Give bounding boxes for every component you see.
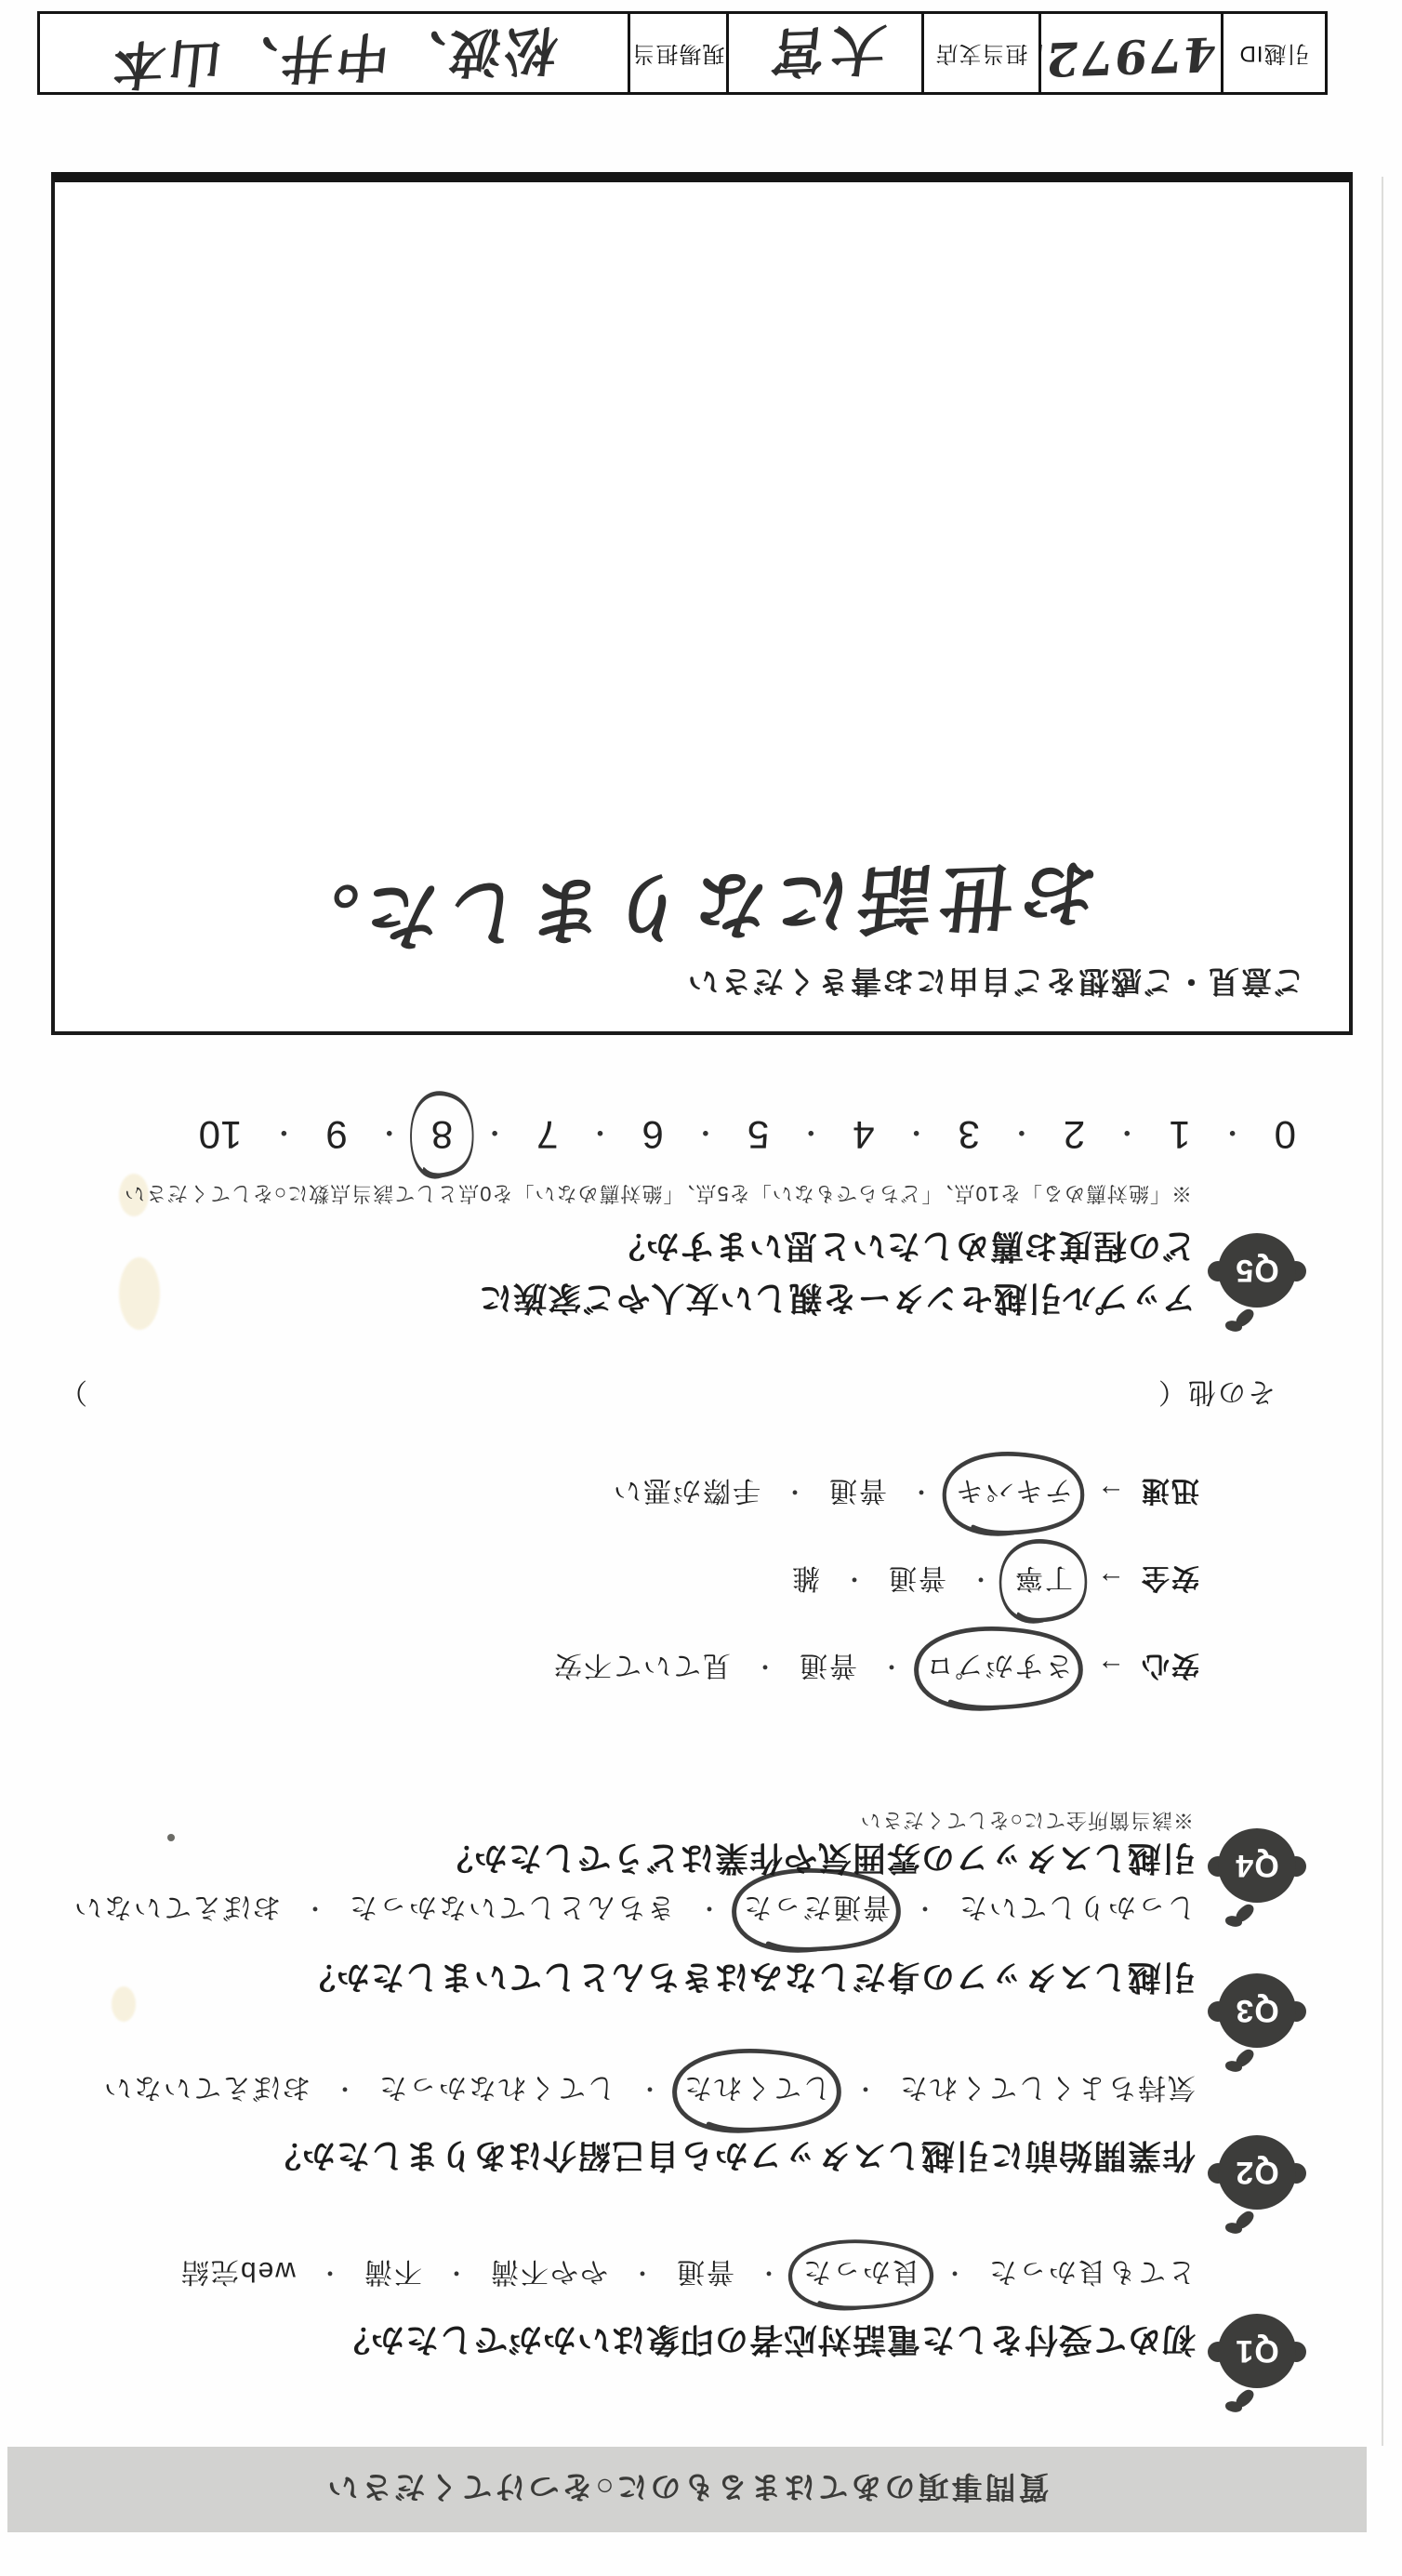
q4-option-circled: テキパキ	[946, 1471, 1080, 1516]
arrow-right-icon: →	[1080, 1478, 1140, 1509]
score-9: 9	[312, 1110, 360, 1159]
q4-other-label: その他	[1186, 1374, 1276, 1415]
q3-option: きちんとしていなかった	[340, 1888, 682, 1932]
q3-options: しっかりしていた ・ 普通だった ・ きちんとしていなかった ・ おぼえていない	[65, 1888, 1203, 1932]
q3-selected-answer: 普通だった	[742, 1892, 891, 1922]
option-separator: ・	[288, 1893, 340, 1928]
option-separator: ・	[768, 1477, 820, 1511]
option-separator: ・	[682, 1893, 734, 1928]
q2-badge: Q2	[1212, 2122, 1302, 2221]
q5-title-line2: どの程度お薦めしたいと思いますか？	[611, 1225, 1196, 1272]
q5-selected-score: 8	[431, 1113, 453, 1157]
q4-title: 引越しスタッフの雰囲気や作業はどうでしたか？	[439, 1837, 1196, 1884]
arrow-right-icon: →	[1080, 1565, 1140, 1597]
footer-id-table: 引越ID 2479725 担当支店 大宮 現場担当 松波、中井、山本	[37, 11, 1328, 95]
q1-option: 普通	[668, 2252, 742, 2297]
option-separator: ・	[865, 1652, 917, 1686]
q4-badge-label: Q4	[1218, 1828, 1296, 1903]
q1-badge-label: Q1	[1218, 2314, 1296, 2388]
scale-separator: ・	[361, 1114, 418, 1155]
q5-score-scale: 0 ・ 1 ・ 2 ・ 3 ・ 4 ・ 5 ・ 6 ・ 7 ・ 8 ・ 9 ・ …	[186, 1110, 1309, 1159]
q1-option-circled: 良かった	[794, 2252, 928, 2297]
q4-row-anzen: 安全 → 丁寧 ・ 普通 ・ 雑	[783, 1559, 1199, 1603]
option-separator: ・	[928, 2258, 980, 2292]
q1-title: 初めて受付をした電話対応者の印象はいかがでしたか？	[336, 2318, 1196, 2366]
instruction-bar: 質問事項のあてはまるものに○をつけてください	[7, 2447, 1367, 2532]
option-separator: ・	[954, 1564, 1006, 1599]
q4-category: 安全	[1140, 1560, 1199, 1601]
q4-option: 雑	[783, 1559, 827, 1603]
scale-separator: ・	[1098, 1114, 1156, 1155]
score-4: 4	[840, 1110, 887, 1159]
q4-selected-answer: 丁寧	[1013, 1562, 1073, 1593]
score-2: 2	[1051, 1110, 1098, 1159]
close-paren: ）	[58, 1374, 87, 1415]
score-1: 1	[1156, 1110, 1203, 1159]
score-0: 0	[1262, 1110, 1309, 1159]
score-10: 10	[186, 1110, 256, 1159]
option-separator: ・	[303, 2258, 355, 2292]
q3-option: しっかりしていた	[950, 1888, 1203, 1932]
q4-other-row: その他 （	[1157, 1374, 1276, 1415]
q4-category: 安心	[1140, 1648, 1199, 1689]
score-7: 7	[523, 1110, 571, 1159]
branch-value-handwritten: 大宮	[761, 14, 889, 92]
comment-box-label: ご意見・ご感想をご自由にお書きください	[686, 962, 1304, 1005]
option-separator: ・	[318, 2074, 370, 2108]
scale-separator: ・	[677, 1114, 734, 1155]
q4-option: 手際が悪い	[604, 1471, 768, 1516]
staff-value-cell: 松波、中井、山本	[40, 14, 628, 92]
q4-option: 普通	[820, 1471, 894, 1516]
q2-option: 気持ちよくしてくれた	[891, 2068, 1203, 2113]
q2-option: してくれなかった	[370, 2068, 623, 2113]
q5-badge: Q5	[1212, 1220, 1302, 1319]
q3-badge: Q3	[1212, 1960, 1302, 2059]
comment-box: ご意見・ご感想をご自由にお書きください お世話になりました。	[51, 172, 1353, 1035]
q4-option-circled: 丁寧	[1006, 1559, 1080, 1603]
branch-label: 担当支店	[935, 41, 1028, 65]
scale-separator: ・	[993, 1114, 1051, 1155]
branch-value-cell: 大宮	[726, 14, 921, 92]
q2-title: 作業開始前に引越しスタッフから自己紹介はありましたか？	[267, 2134, 1196, 2182]
q4-option: 普通	[790, 1646, 865, 1691]
q4-row-jinsoku: 迅速 → テキパキ ・ 普通 ・ 手際が悪い	[604, 1471, 1199, 1516]
q4-category: 迅速	[1140, 1473, 1199, 1514]
option-separator: ・	[898, 1893, 950, 1928]
moving-id-label: 引越ID	[1239, 41, 1310, 65]
staff-value-handwritten: 松波、中井、山本	[105, 16, 562, 92]
score-6: 6	[628, 1110, 676, 1159]
scale-separator: ・	[782, 1114, 840, 1155]
q1-option: やや不満	[482, 2252, 615, 2297]
option-separator: ・	[615, 2258, 668, 2292]
option-separator: ・	[894, 1477, 946, 1511]
q3-badge-label: Q3	[1218, 1973, 1296, 2048]
q2-selected-answer: してくれた	[682, 2072, 831, 2103]
moving-id-value-cell: 2479725	[1038, 14, 1221, 92]
q4-selected-answer: テキパキ	[954, 1475, 1073, 1506]
option-separator: ・	[742, 2258, 794, 2292]
scale-separator: ・	[466, 1114, 523, 1155]
score-5: 5	[734, 1110, 782, 1159]
q5-note: ※「絶対薦める」を10点、「どちらでもない」を5点、「絶対薦めない」を0点として…	[124, 1180, 1192, 1209]
q4-badge: Q4	[1212, 1815, 1302, 1914]
questionnaire-sheet-rotated-180: 質問事項のあてはまるものに○をつけてください Q1 初めて受付をした電話対応者の…	[0, 0, 1402, 2576]
q1-selected-answer: 良かった	[801, 2256, 920, 2287]
q5-title-line1: アップル引越センターを親しい友人やご家族に	[478, 1277, 1196, 1324]
q3-title: 引越しスタッフの身だしなみはきちんとしていましたか？	[301, 1956, 1196, 2003]
score-8-circled: 8	[418, 1110, 466, 1159]
q1-options: とても良かった ・ 良かった ・ 普通 ・ やや不満 ・ 不満 ・ web完結	[172, 2252, 1203, 2297]
q3-option: おぼえていない	[65, 1888, 288, 1932]
option-separator: ・	[430, 2258, 482, 2292]
q2-options: 気持ちよくしてくれた ・ してくれた ・ してくれなかった ・ おぼえていない	[95, 2068, 1203, 2113]
arrow-right-icon: →	[1080, 1653, 1140, 1684]
q4-option-circled: さすがプロ	[917, 1646, 1080, 1691]
paper-stain	[112, 1986, 136, 2022]
staff-label-cell: 現場担当	[628, 14, 726, 92]
ink-speck	[167, 1834, 175, 1841]
option-separator: ・	[827, 1564, 880, 1599]
q4-option: 普通	[880, 1559, 954, 1603]
branch-label-cell: 担当支店	[921, 14, 1038, 92]
q5-badge-label: Q5	[1218, 1233, 1296, 1308]
paper-stain	[119, 1257, 160, 1330]
q1-badge: Q1	[1212, 2301, 1302, 2399]
moving-id-value-handwritten: 2479725	[1038, 26, 1221, 89]
q1-option: 不満	[355, 2252, 430, 2297]
q4-other-close: ）	[58, 1374, 87, 1415]
scale-separator: ・	[571, 1114, 628, 1155]
instruction-text: 質問事項のあてはまるものに○をつけてください	[325, 2468, 1050, 2512]
q4-row-anshin: 安心 → さすがプロ ・ 普通 ・ 見ていて不安	[545, 1646, 1199, 1691]
scale-separator: ・	[255, 1114, 312, 1155]
option-separator: ・	[738, 1652, 790, 1686]
handwritten-comment: お世話になりました。	[269, 844, 1102, 980]
q1-option: web完結	[172, 2252, 303, 2297]
q1-option: とても良かった	[980, 2252, 1203, 2297]
open-paren: （	[1157, 1374, 1186, 1415]
q2-option: おぼえていない	[95, 2068, 318, 2113]
scanned-survey-screenshot: { "chars": { "bullet": "・", "arrow": "→"…	[0, 0, 1402, 2576]
score-3: 3	[946, 1110, 993, 1159]
staff-label: 現場担当	[632, 41, 725, 65]
scale-separator: ・	[1204, 1114, 1262, 1155]
paper-edge-shadow	[1382, 177, 1383, 2446]
q4-option: 見ていて不安	[545, 1646, 738, 1691]
q4-selected-answer: さすがプロ	[924, 1650, 1073, 1680]
option-separator: ・	[839, 2074, 891, 2108]
option-separator: ・	[623, 2074, 675, 2108]
q4-note: ※該当箇所全てに○をしてください	[860, 1807, 1194, 1836]
q3-option-circled: 普通だった	[734, 1888, 898, 1932]
q2-option-circled: してくれた	[675, 2068, 839, 2113]
q2-badge-label: Q2	[1218, 2135, 1296, 2210]
moving-id-label-cell: 引越ID	[1221, 14, 1325, 92]
scale-separator: ・	[888, 1114, 946, 1155]
